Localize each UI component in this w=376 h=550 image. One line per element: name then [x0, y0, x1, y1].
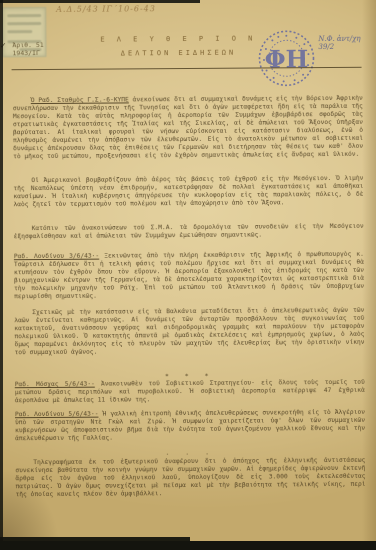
reference-date: 1943/ΙΓ — [12, 49, 43, 57]
title-line-2: ΔΕΛΤΙΟΝ ΕΙΔΗΣΕΩΝ — [88, 48, 268, 57]
paragraph-4-lead: Ραδ. Λονδίνου 3/6/43·- — [14, 253, 99, 261]
paragraph-1: Ὁ Ραδ. Σταθμὸς Γ.Σ.-6-ΚΥΠΕ ἀνεκοίνωσε ὅτ… — [13, 95, 364, 177]
scan-edge-left — [0, 0, 3, 550]
ink-note-line-2: 39/2 — [318, 43, 368, 51]
stamp-monogram: ΦΗ — [265, 44, 309, 73]
scan-edge-bottom — [0, 541, 376, 550]
body-text: Ὁ Ραδ. Σταθμὸς Γ.Σ.-6-ΚΥΠΕ ἀνεκοίνωσε ὅτ… — [13, 95, 366, 499]
paragraph-6-lead: Ραδ. Μόσχας 5/6/43·- — [15, 381, 95, 389]
paper-sheet: Α.Δ.5/43 ΙΓ΄10-6-43 ✓ Ἀριθ. 51 1943/ΙΓ Ε… — [0, 0, 376, 550]
round-ink-stamp: ΦΗ — [256, 27, 316, 89]
paragraph-6: Ραδ. Μόσχας 5/6/43·- Ἀνακοινωθὲν τοῦ Σοβ… — [15, 379, 365, 405]
scan-edge-top — [0, 0, 200, 3]
paragraph-1-lead: Ὁ Ραδ. Σταθμὸς Γ.Σ.-6-ΚΥΠΕ — [31, 96, 129, 104]
scan-shading-right — [362, 0, 376, 550]
paragraph-8: Τηλεγραφήματα ἐκ τοῦ ἐξωτερικοῦ ἀναφέρου… — [15, 457, 365, 499]
handwritten-archive-note: Α.Δ.5/43 ΙΓ΄10-6-43 — [56, 4, 186, 14]
stamp-line — [7, 14, 41, 17]
paragraph-2: Οἱ Ἀμερικανοὶ βομβαρδίζουν ἀπὸ ἀέρος τὰς… — [13, 175, 363, 225]
paragraph-5-text: Σχετικῶς μὲ τὴν κατάστασιν εἰς τὰ Βαλκάν… — [14, 307, 364, 356]
paragraph-7: Ραδ. Λονδίνου 5/6/43·- Ἡ γαλλικὴ ἐπιτροπ… — [15, 409, 365, 451]
title-line-1: Ε Λ Ε Υ Θ Ε Ρ Ι Ο Ν — [88, 34, 268, 43]
scanned-document-page: Α.Δ.5/43 ΙΓ΄10-6-43 ✓ Ἀριθ. 51 1943/ΙΓ Ε… — [0, 0, 376, 550]
reference-number: Ἀριθ. 51 — [12, 41, 43, 49]
reference-number-block: Ἀριθ. 51 1943/ΙΓ — [12, 41, 43, 57]
paragraph-8-text: Τηλεγραφήματα ἐκ τοῦ ἐξωτερικοῦ ἀναφέρου… — [15, 457, 365, 498]
paragraph-1-text: ἀνεκοίνωσε ὅτι αἱ συμμαχικαὶ δυνάμεις εἰ… — [13, 95, 363, 160]
bulletin-title: Ε Λ Ε Υ Θ Ε Ρ Ι Ο Ν ΔΕΛΤΙΟΝ ΕΙΔΗΣΕΩΝ — [88, 34, 268, 57]
paragraph-2-text: Οἱ Ἀμερικανοὶ βομβαρδίζουν ἀπὸ ἀέρος τὰς… — [13, 175, 363, 208]
paragraph-7-lead: Ραδ. Λονδίνου 5/6/43·- — [15, 411, 99, 419]
stamp-line — [7, 22, 41, 25]
stamp-line — [7, 30, 32, 33]
handwritten-ink-note: Ν.Φ. ἀντ/χη 39/2 — [318, 35, 368, 51]
paragraph-3-text: Κατόπιν τῶν ἀνακοινώσεων τοῦ Σ.Μ.Α. τὰ δ… — [14, 223, 364, 240]
paragraph-5: Σχετικῶς μὲ τὴν κατάστασιν εἰς τὰ Βαλκάν… — [14, 307, 364, 373]
paragraph-4: Ραδ. Λονδίνου 3/6/43·- Ξεκινῶντας ἀπὸ τὴ… — [14, 251, 364, 309]
